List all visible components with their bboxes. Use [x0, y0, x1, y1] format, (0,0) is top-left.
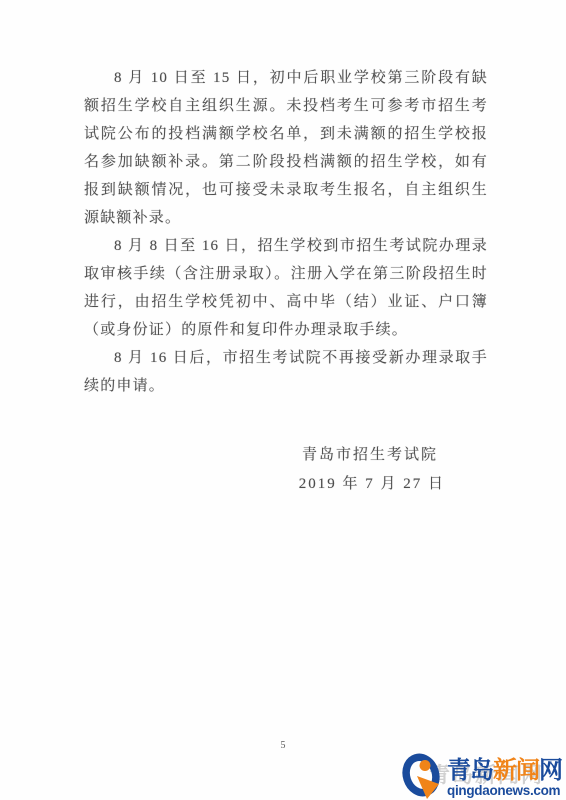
- signature-block: 青岛市招生考试院 2019 年 7 月 27 日: [299, 441, 445, 499]
- logo-domain-url: qingdaonews.com: [447, 784, 562, 798]
- logo-site-name: 青岛新闻网: [447, 758, 562, 784]
- paragraph-1: 8 月 10 日至 15 日，初中后职业学校第三阶段有缺额招生学校自主组织生源。…: [84, 64, 488, 232]
- logo-site-name-part-1: 青岛: [447, 757, 493, 784]
- signature-organization: 青岛市招生考试院: [299, 441, 438, 470]
- paragraph-3: 8 月 16 日后，市招生考试院不再接受新办理录取手续的申请。: [84, 344, 488, 400]
- document-page: 8 月 10 日至 15 日，初中后职业学校第三阶段有缺额招生学校自主组织生源。…: [0, 0, 566, 800]
- qingdaonews-watermark-logo: 青岛新闻网 qingdaonews.com: [401, 752, 566, 800]
- logo-site-name-part-3: 网: [539, 757, 562, 784]
- signature-date: 2019 年 7 月 27 日: [299, 470, 445, 499]
- q-logo-icon: [401, 752, 446, 799]
- document-body: 8 月 10 日至 15 日，初中后职业学校第三阶段有缺额招生学校自主组织生源。…: [84, 64, 488, 400]
- logo-site-name-part-2: 新闻: [493, 757, 539, 784]
- paragraph-2: 8 月 8 日至 16 日，招生学校到市招生考试院办理录取审核手续（含注册录取）…: [84, 232, 488, 344]
- page-number: 5: [0, 740, 566, 751]
- logo-text-block: 青岛新闻网 qingdaonews.com: [447, 752, 562, 798]
